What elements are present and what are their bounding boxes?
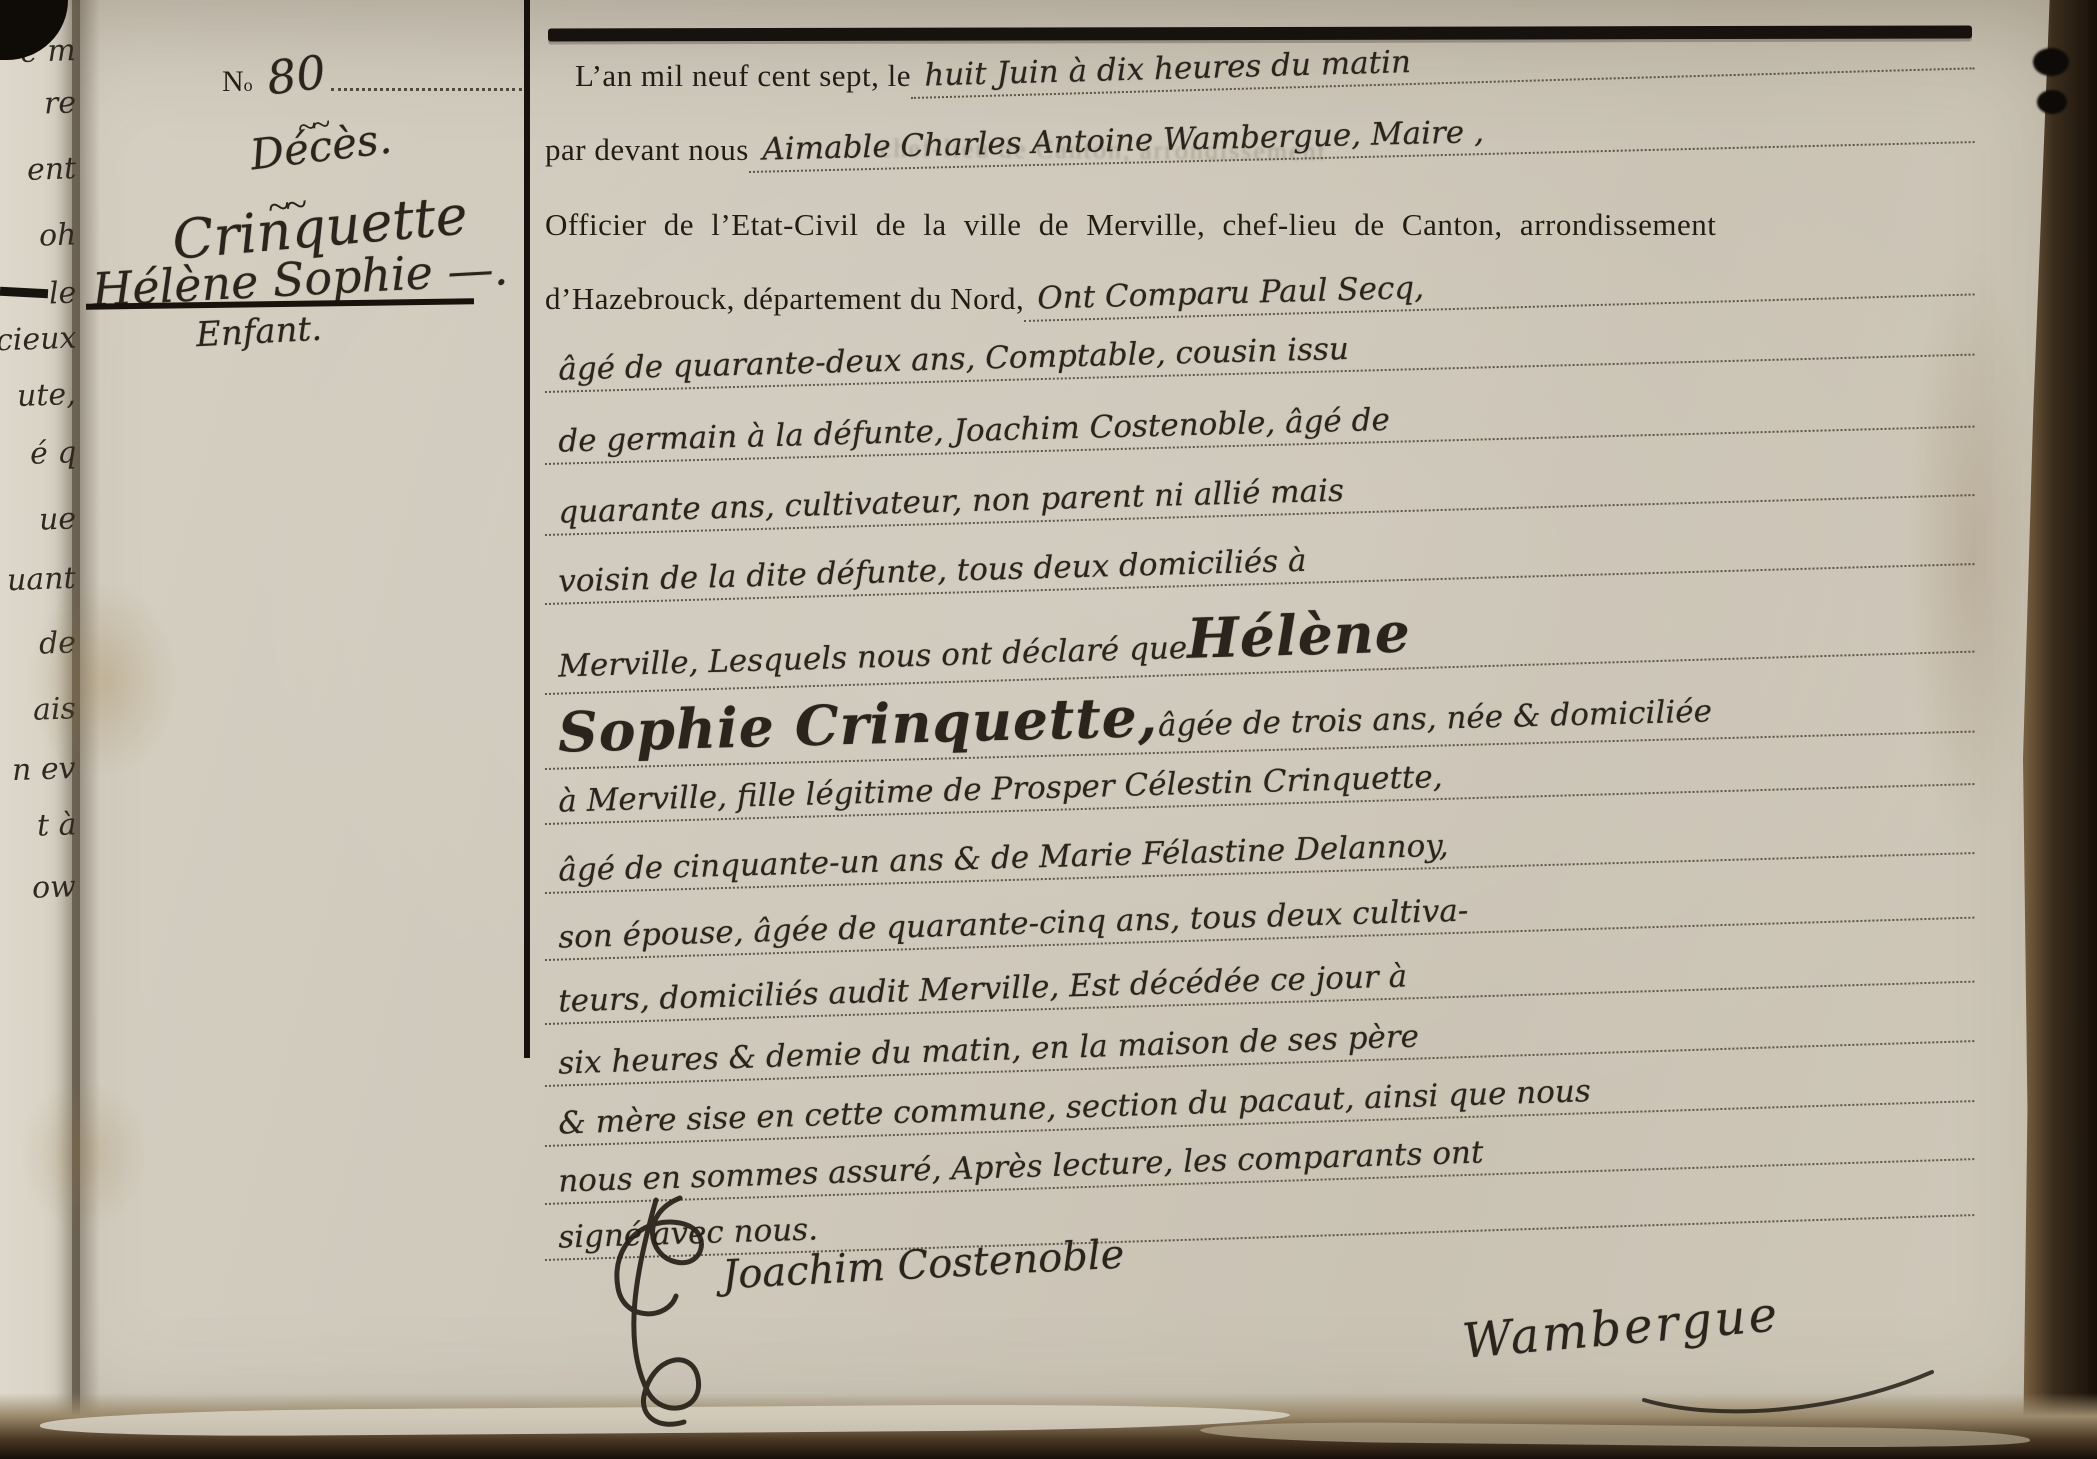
printed-text: d’Hazebrouck, département du Nord, xyxy=(545,281,1024,317)
printed-text: L’an mil neuf cent sept, le xyxy=(575,58,911,94)
edge-fragment: ute, xyxy=(17,377,77,414)
dotted-rule xyxy=(331,72,522,91)
margin-note: Enfant. xyxy=(195,309,323,356)
signature-paraph-secq xyxy=(552,1192,767,1442)
edge-fragment: oh xyxy=(38,217,77,253)
act-number: 80 xyxy=(264,45,329,106)
act-number-row: No 80 xyxy=(222,48,522,102)
handwritten-text: âgée de trois ans, née & domiciliée xyxy=(1157,693,1712,743)
number-label: N xyxy=(222,65,244,99)
handwritten-text: Ont Comparu Paul Secq, xyxy=(1037,270,1425,317)
edge-fragment: ais xyxy=(33,691,77,727)
signature-mayor-flourish xyxy=(1640,1360,1940,1420)
deceased-name-emphasis: Hélène xyxy=(1186,599,1412,671)
handwritten-text: Merville, Lesquels nous ont déclaré que xyxy=(558,630,1188,685)
edge-fragment: ue xyxy=(38,501,76,537)
printed-text: par devant nous xyxy=(545,132,749,168)
edge-fragment: cieux xyxy=(0,321,77,359)
number-label-sup: o xyxy=(244,75,253,96)
edge-fragment: é q xyxy=(29,435,77,472)
signature-mayor: Wambergue xyxy=(1460,1286,1782,1370)
binding-mark xyxy=(2037,90,2067,114)
edge-fragment: uant xyxy=(7,561,77,598)
edge-fragment: ow xyxy=(32,869,77,906)
handwritten-text: huit Juin à dix heures du matin xyxy=(924,44,1412,94)
edge-fragment: de xyxy=(38,625,76,661)
page-gutter-shadow xyxy=(72,0,100,1459)
printed-text: Officier de l’Etat-Civil de la ville de … xyxy=(545,207,1716,243)
act-line: par devant nous Aimable Charles Antoine … xyxy=(545,132,1975,198)
act-type-label: Décès. xyxy=(248,114,395,180)
previous-page-underline-mark xyxy=(0,287,48,298)
edge-fragment: ent xyxy=(26,151,76,188)
edge-fragment: t à xyxy=(36,807,77,843)
binding-mark xyxy=(2033,48,2069,76)
form-vertical-rule xyxy=(524,0,530,1058)
edge-fragment: n ev xyxy=(12,751,77,788)
previous-page-edge: e m re ent oh le cieux ute, é q ue uant … xyxy=(0,0,80,1459)
register-page-photo: e m re ent oh le cieux ute, é q ue uant … xyxy=(0,0,2097,1459)
